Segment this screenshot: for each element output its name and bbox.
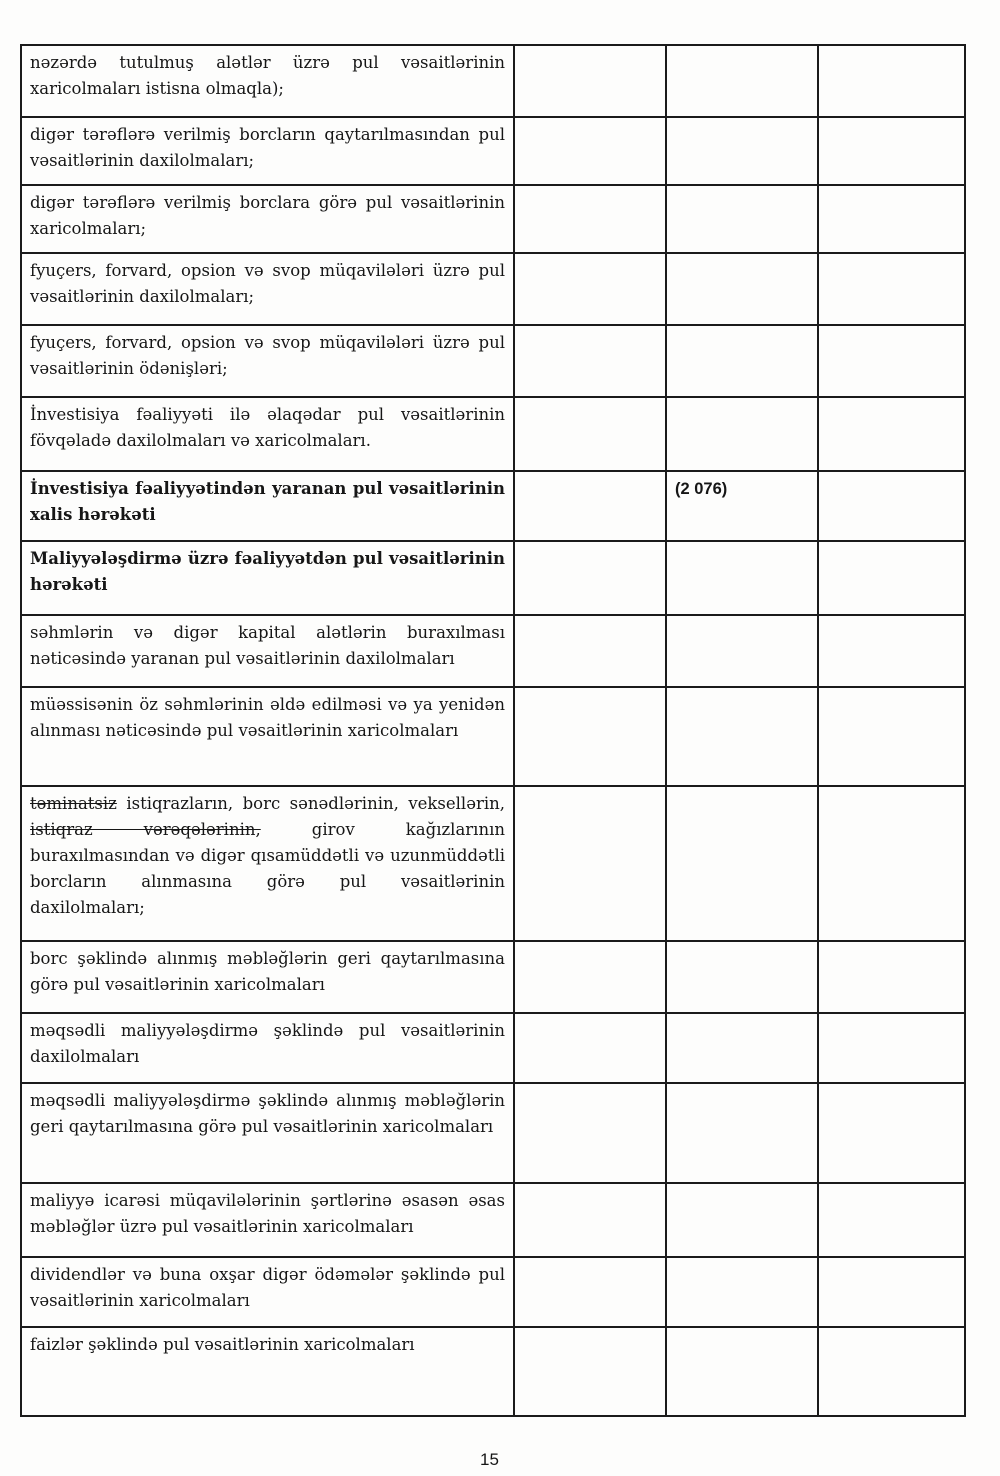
value-cell-c1	[514, 45, 666, 117]
value-cell-c1	[514, 1327, 666, 1416]
value-cell-c2: (2 076)	[666, 471, 818, 541]
table-row: fyuçers, forvard, opsion və svop müqavil…	[21, 253, 965, 325]
text-segment: istiqrazların, borc sənədlərinin, veksel…	[117, 794, 505, 813]
value-cell-c1	[514, 185, 666, 253]
row-description: səhmlərin və digər kapital alətlərin bur…	[21, 615, 514, 687]
value-cell-c2	[666, 1083, 818, 1183]
row-description: müəssisənin öz səhmlərinin əldə edilməsi…	[21, 687, 514, 786]
struck-text: istiqraz vərəqələrinin,	[30, 820, 261, 839]
table-row: fyuçers, forvard, opsion və svop müqavil…	[21, 325, 965, 397]
struck-text: təminatsiz	[30, 794, 117, 813]
value-cell-c3	[818, 786, 965, 941]
value-cell-c2	[666, 615, 818, 687]
table-row: faizlər şəklində pul vəsaitlərinin xaric…	[21, 1327, 965, 1416]
value-cell-c1	[514, 1013, 666, 1083]
table-row: məqsədli maliyyələşdirmə şəklində pul və…	[21, 1013, 965, 1083]
value-cell-c3	[818, 1013, 965, 1083]
row-description: fyuçers, forvard, opsion və svop müqavil…	[21, 325, 514, 397]
value-cell-c2	[666, 541, 818, 615]
value-cell-c1	[514, 687, 666, 786]
table-body: nəzərdə tutulmuş alətlər üzrə pul vəsait…	[21, 45, 965, 1416]
value-cell-c3	[818, 941, 965, 1013]
value-cell-c3	[818, 1257, 965, 1327]
row-description: dividendlər və buna oxşar digər ödəmələr…	[21, 1257, 514, 1327]
value-cell-c2	[666, 117, 818, 185]
value-cell-c3	[818, 397, 965, 471]
value-cell-c3	[818, 185, 965, 253]
row-description: İnvestisiya fəaliyyəti ilə əlaqədar pul …	[21, 397, 514, 471]
table-row: müəssisənin öz səhmlərinin əldə edilməsi…	[21, 687, 965, 786]
table-row: maliyyə icarəsi müqavilələrinin şərtləri…	[21, 1183, 965, 1257]
value-cell-c2	[666, 325, 818, 397]
table-row: təminatsiz istiqrazların, borc sənədləri…	[21, 786, 965, 941]
value-cell-c1	[514, 397, 666, 471]
row-description: fyuçers, forvard, opsion və svop müqavil…	[21, 253, 514, 325]
value-cell-c3	[818, 1327, 965, 1416]
value-cell-c3	[818, 325, 965, 397]
value-cell-c1	[514, 541, 666, 615]
row-description: faizlər şəklində pul vəsaitlərinin xaric…	[21, 1327, 514, 1416]
table-row: digər tərəflərə verilmiş borclara görə p…	[21, 185, 965, 253]
row-description: məqsədli maliyyələşdirmə şəklində pul və…	[21, 1013, 514, 1083]
table-row: nəzərdə tutulmuş alətlər üzrə pul vəsait…	[21, 45, 965, 117]
value-cell-c1	[514, 117, 666, 185]
value-cell-c2	[666, 1013, 818, 1083]
table-row: Maliyyələşdirmə üzrə fəaliyyətdən pul və…	[21, 541, 965, 615]
row-description: təminatsiz istiqrazların, borc sənədləri…	[21, 786, 514, 941]
table-row: İnvestisiya fəaliyyətindən yaranan pul v…	[21, 471, 965, 541]
table-row: borc şəklində alınmış məbləğlərin geri q…	[21, 941, 965, 1013]
row-description: nəzərdə tutulmuş alətlər üzrə pul vəsait…	[21, 45, 514, 117]
value-cell-c1	[514, 941, 666, 1013]
value-cell-c2	[666, 786, 818, 941]
row-description: digər tərəflərə verilmiş borcların qayta…	[21, 117, 514, 185]
value-cell-c2	[666, 941, 818, 1013]
value-cell-c3	[818, 1183, 965, 1257]
value-cell-c3	[818, 1083, 965, 1183]
row-description: borc şəklində alınmış məbləğlərin geri q…	[21, 941, 514, 1013]
value-cell-c2	[666, 45, 818, 117]
row-description: maliyyə icarəsi müqavilələrinin şərtləri…	[21, 1183, 514, 1257]
value-cell-c2	[666, 1327, 818, 1416]
value-cell-c2	[666, 1183, 818, 1257]
value-cell-c1	[514, 786, 666, 941]
value-cell-c2	[666, 185, 818, 253]
value-cell-c1	[514, 615, 666, 687]
cash-flow-table: nəzərdə tutulmuş alətlər üzrə pul vəsait…	[20, 44, 966, 1417]
value-cell-c3	[818, 117, 965, 185]
value-cell-c2	[666, 687, 818, 786]
table-row: digər tərəflərə verilmiş borcların qayta…	[21, 117, 965, 185]
table-row: məqsədli maliyyələşdirmə şəklində alınmı…	[21, 1083, 965, 1183]
value-cell-c1	[514, 471, 666, 541]
value-cell-c3	[818, 687, 965, 786]
value-cell-c1	[514, 1083, 666, 1183]
page-number: 15	[480, 1450, 499, 1470]
row-description: digər tərəflərə verilmiş borclara görə p…	[21, 185, 514, 253]
value-cell-c3	[818, 541, 965, 615]
value-cell-c2	[666, 1257, 818, 1327]
value-cell-c3	[818, 471, 965, 541]
value-cell-c1	[514, 325, 666, 397]
table-row: səhmlərin və digər kapital alətlərin bur…	[21, 615, 965, 687]
value-cell-c3	[818, 615, 965, 687]
value-cell-c2	[666, 253, 818, 325]
value-cell-c3	[818, 45, 965, 117]
value-cell-c1	[514, 253, 666, 325]
value-cell-c1	[514, 1257, 666, 1327]
value-cell-c3	[818, 253, 965, 325]
table-row: dividendlər və buna oxşar digər ödəmələr…	[21, 1257, 965, 1327]
row-description: məqsədli maliyyələşdirmə şəklində alınmı…	[21, 1083, 514, 1183]
row-description: Maliyyələşdirmə üzrə fəaliyyətdən pul və…	[21, 541, 514, 615]
table-row: İnvestisiya fəaliyyəti ilə əlaqədar pul …	[21, 397, 965, 471]
value-cell-c2	[666, 397, 818, 471]
row-description: İnvestisiya fəaliyyətindən yaranan pul v…	[21, 471, 514, 541]
value-cell-c1	[514, 1183, 666, 1257]
